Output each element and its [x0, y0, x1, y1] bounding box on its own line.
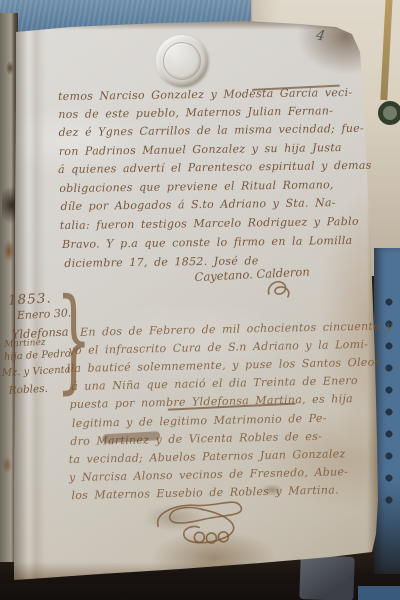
entry-1853-line: á una Niña que nació el dia Treinta de E… [71, 374, 358, 393]
entry-1853-line: lla bauticé solemnemente, y puse los San… [67, 356, 381, 376]
entry-1853-line: legitima y de legitimo Matrimonio de Pe- [72, 412, 327, 430]
entry-1853-line: puesta por nombre Yldefonsa Martina, es … [69, 392, 353, 411]
photo-of-manuscript-page: 4 temos Narciso Gonzalez y Modesta Garci… [0, 0, 400, 600]
baptism-entry-1853: En dos de Febrero de mil ochocientos cin… [0, 0, 400, 600]
rubric-flourish-icon [143, 488, 264, 554]
entry-1853-line: yo el infrascrito Cura de S.n Adriano y … [68, 338, 368, 357]
entry-1853-line: y Narcisa Alonso vecinos de Fresnedo, Ab… [69, 465, 348, 484]
handwriting-layer: 4 temos Narciso Gonzalez y Modesta Garci… [0, 0, 400, 600]
entry-1853-line: En dos de Febrero de mil ochocientos cin… [80, 319, 400, 339]
entry-1853-line: ta vecindad; Abuelos Paternos Juan Gonza… [69, 447, 346, 466]
